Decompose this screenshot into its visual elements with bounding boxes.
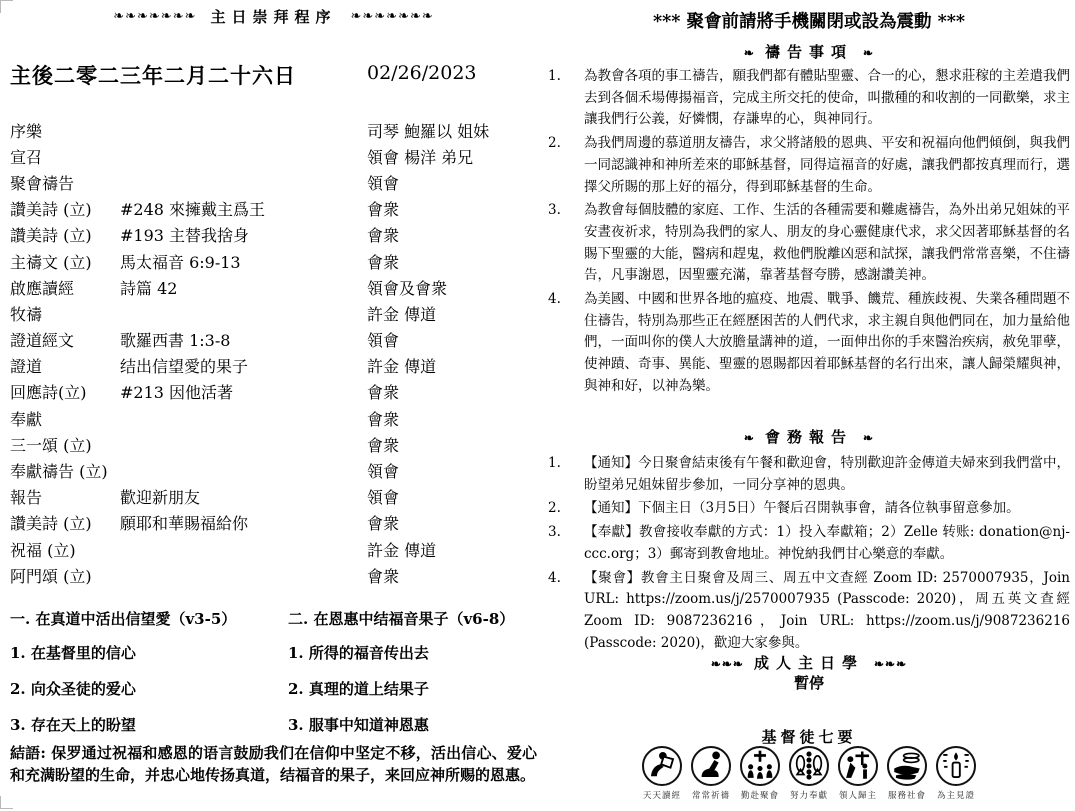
program-item-label: 報告 <box>10 485 120 508</box>
date-chinese: 主後二零二三年二月二十六日 <box>10 60 296 90</box>
program-row: 啟應讀經詩篇 42領會及會衆 <box>10 274 537 300</box>
congregation-cross-icon <box>740 746 780 786</box>
program-item-detail: #248 來擁戴主爲王 <box>120 197 367 220</box>
program-item-leader: 會衆 <box>367 197 537 220</box>
prayer-item: 4.為美國、中國和世界各地的瘟疫、地震、戰爭、饑荒、種族歧視、失業各種問題不住禱… <box>548 289 1070 398</box>
announcement-item: 2.【通知】下個主日（3月5日）午餐后召開執事會，請各位執事留意參加。 <box>548 498 1070 520</box>
prayer-item: 1.為教會各項的事工禱告，願我們都有體貼聖靈、合一的心，懇求莊稼的主差遣我們去到… <box>548 66 1070 131</box>
seven-essential-label: 服務社會 <box>888 789 926 801</box>
program-item-leader: 許金 傳道 <box>367 302 537 325</box>
list-item-text: 【通知】今日聚會結束後有午餐和歡迎會，特別歡迎許金傳道夫婦來到我們當中，盼望弟兄… <box>584 453 1070 496</box>
floral-ornament-icon: ❧❧❧❧❧❧❧ <box>351 10 434 23</box>
seven-essential-badge: 努力奉獻 <box>786 746 832 801</box>
program-item-label: 讚美詩 (立) <box>10 197 120 220</box>
program-row: 證道經文歌羅西書 1:3-8領會 <box>10 327 537 353</box>
prayer-item: 2.為我們周邊的慕道朋友禱告，求父將諸般的恩典、平安和祝福向他們傾倒，與我們一同… <box>548 133 1070 198</box>
program-item-leader: 許金 傳道 <box>367 538 537 561</box>
program-row: 證道结出信望愛的果子許金 傳道 <box>10 353 537 379</box>
outline-point: 1. 在基督里的信心 <box>10 642 288 678</box>
candle-witness-icon <box>936 746 976 786</box>
program-row: 回應詩(立)#213 因他活著會衆 <box>10 379 537 405</box>
page-title: 主日崇拜程序 <box>210 6 336 27</box>
program-item-leader: 會衆 <box>367 407 537 430</box>
phone-silence-notice: *** 聚會前請將手機關閉或設為震動 *** <box>548 8 1070 33</box>
bible-reading-icon <box>642 746 682 786</box>
floral-ornament-icon: ❧ <box>863 46 874 60</box>
program-item-label: 讚美詩 (立) <box>10 223 120 246</box>
program-row: 三一頌 (立)會衆 <box>10 431 537 457</box>
program-item-leader: 領會及會衆 <box>367 276 537 299</box>
program-item-leader: 領會 <box>367 328 537 351</box>
outline-column-title: 一. 在真道中活出信望愛（v3-5） <box>10 608 288 642</box>
list-item-text: 【聚會】教會主日聚會及周三、周五中文查經 Zoom ID: 2570007935… <box>584 568 1070 655</box>
program-row: 讚美詩 (立)#193 主替我捨身會衆 <box>10 222 537 248</box>
program-item-label: 讚美詩 (立) <box>10 511 120 534</box>
serving-hands-icon <box>887 746 927 786</box>
program-row: 奉獻禱告 (立)領會 <box>10 457 537 483</box>
sermon-conclusion: 結語: 保罗通过祝福和感恩的语言鼓励我们在信仰中坚定不移，活出信心、爱心和充满盼… <box>10 742 537 786</box>
worship-program-header: ❧❧❧❧❧❧❧ 主日崇拜程序 ❧❧❧❧❧❧❧ <box>10 6 537 27</box>
program-item-detail: #213 因他活著 <box>120 380 367 403</box>
list-item-number: 2. <box>548 133 584 198</box>
list-item-number: 3. <box>548 522 584 565</box>
announcement-item: 3.【奉獻】教會接收奉獻的方式：1）投入奉獻箱；2）Zelle 转账: dona… <box>548 522 1070 565</box>
floral-ornament-icon: ❧❧❧ <box>711 657 744 671</box>
program-item-label: 主禱文 (立) <box>10 250 120 273</box>
program-item-detail: #193 主替我捨身 <box>120 223 367 246</box>
program-item-detail: 馬太福音 6:9-13 <box>120 250 367 273</box>
list-item-text: 為教會每個肢體的家庭、工作、生活的各種需要和難處禱告，為外出弟兄姐妹的平安晝夜祈… <box>584 200 1070 287</box>
program-item-label: 祝福 (立) <box>10 538 120 561</box>
program-item-label: 啟應讀經 <box>10 276 120 299</box>
list-item-number: 2. <box>548 498 584 520</box>
seven-essential-label: 努力奉獻 <box>790 789 828 801</box>
program-row: 奉獻會衆 <box>10 405 537 431</box>
list-item-text: 為美國、中國和世界各地的瘟疫、地震、戰爭、饑荒、種族歧視、失業各種問題不住禱告，… <box>584 289 1070 398</box>
kneeling-prayer-icon <box>691 746 731 786</box>
program-row: 牧禱許金 傳道 <box>10 300 537 326</box>
announcement-section-title: 會務報告 <box>765 428 853 446</box>
announcement-section-heading: ❧會務報告❧ <box>548 426 1070 447</box>
program-item-label: 聚會禱告 <box>10 171 120 194</box>
list-item-text: 為我們周邊的慕道朋友禱告，求父將諸般的恩典、平安和祝福向他們傾倒，與我們一同認識… <box>584 133 1070 198</box>
program-item-leader: 許金 傳道 <box>367 354 537 377</box>
program-item-detail: 歡迎新朋友 <box>120 485 367 508</box>
date-numeric: 02/26/2023 <box>367 62 477 84</box>
program-item-label: 阿門頌 (立) <box>10 564 120 587</box>
adult-sunday-school-heading: ❧❧❧成人主日學❧❧❧ <box>548 652 1070 673</box>
outline-point: 2. 向众圣徒的爱心 <box>10 678 288 714</box>
prayer-section-heading: ❧禱告事項❧ <box>548 41 1070 62</box>
program-row: 主禱文 (立)馬太福音 6:9-13會衆 <box>10 248 537 274</box>
floral-ornament-icon: ❧ <box>863 431 874 445</box>
program-item-leader: 會衆 <box>367 564 537 587</box>
worship-program-page: ❧❧❧❧❧❧❧ 主日崇拜程序 ❧❧❧❧❧❧❧ 主後二零二三年二月二十六日 02/… <box>10 0 537 811</box>
program-row: 序樂司琴 鮑羅以 姐妹 <box>10 117 537 143</box>
list-item-number: 1. <box>548 453 584 496</box>
seven-essential-badge: 領人歸主 <box>835 746 881 801</box>
prayer-items-list: 1.為教會各項的事工禱告，願我們都有體貼聖靈、合一的心，懇求莊稼的主差遣我們去到… <box>548 66 1070 400</box>
seven-essential-label: 為主見證 <box>937 789 975 801</box>
program-item-label: 奉獻 <box>10 407 120 430</box>
program-item-label: 牧禱 <box>10 302 120 325</box>
program-row: 宣召領會 楊洋 弟兄 <box>10 143 537 169</box>
lead-to-cross-icon <box>838 746 878 786</box>
program-item-leader: 會衆 <box>367 433 537 456</box>
program-item-leader: 會衆 <box>367 250 537 273</box>
seven-essential-badge: 為主見證 <box>933 746 979 801</box>
announcement-item: 4.【聚會】教會主日聚會及周三、周五中文查經 Zoom ID: 25700079… <box>548 568 1070 655</box>
program-row: 讚美詩 (立)#248 來擁戴主爲王會衆 <box>10 196 537 222</box>
program-row: 祝福 (立)許金 傳道 <box>10 536 537 562</box>
outline-point: 2. 真理的道上结果子 <box>288 678 537 714</box>
program-row: 阿門頌 (立)會衆 <box>10 562 537 588</box>
outline-column-title: 二. 在恩惠中结福音果子（v6-8） <box>288 608 537 642</box>
program-row: 讚美詩 (立)願耶和華賜福給你會衆 <box>10 510 537 536</box>
program-item-label: 證道 <box>10 354 120 377</box>
seven-essential-label: 勤赴聚會 <box>741 789 779 801</box>
seven-essential-badge: 勤赴聚會 <box>737 746 783 801</box>
announcement-items-list: 1.【通知】今日聚會結束後有午餐和歡迎會，特別歡迎許金傳道夫婦來到我們當中，盼望… <box>548 453 1070 656</box>
seven-essential-badge: 服務社會 <box>884 746 930 801</box>
list-item-number: 4. <box>548 289 584 398</box>
floral-ornament-icon: ❧ <box>744 46 755 60</box>
floral-ornament-icon: ❧❧❧❧❧❧❧ <box>113 10 196 23</box>
list-item-number: 4. <box>548 568 584 655</box>
program-item-leader: 領會 <box>367 459 537 482</box>
list-item-text: 【奉獻】教會接收奉獻的方式：1）投入奉獻箱；2）Zelle 转账: donati… <box>584 522 1070 565</box>
program-item-detail: 结出信望愛的果子 <box>120 354 367 377</box>
seven-essential-badge: 常常祈禱 <box>688 746 734 801</box>
fish-offering-icon <box>789 746 829 786</box>
prayer-item: 3.為教會每個肢體的家庭、工作、生活的各種需要和難處禱告，為外出弟兄姐妹的平安晝… <box>548 200 1070 287</box>
program-item-label: 序樂 <box>10 119 120 142</box>
program-item-detail: 詩篇 42 <box>120 276 367 299</box>
seven-essential-label: 領人歸主 <box>839 789 877 801</box>
program-item-leader: 領會 楊洋 弟兄 <box>367 145 537 168</box>
announcement-item: 1.【通知】今日聚會結束後有午餐和歡迎會，特別歡迎許金傳道夫婦來到我們當中，盼望… <box>548 453 1070 496</box>
program-item-label: 奉獻禱告 (立) <box>10 459 120 482</box>
seven-essential-label: 天天讀經 <box>643 789 681 801</box>
floral-ornament-icon: ❧❧❧ <box>874 657 907 671</box>
program-item-label: 證道經文 <box>10 328 120 351</box>
list-item-text: 【通知】下個主日（3月5日）午餐后召開執事會，請各位執事留意參加。 <box>584 498 1070 520</box>
seven-essential-label: 常常祈禱 <box>692 789 730 801</box>
program-item-leader: 會衆 <box>367 380 537 403</box>
prayer-section-title: 禱告事項 <box>765 43 853 61</box>
program-item-leader: 領會 <box>367 485 537 508</box>
floral-ornament-icon: ❧ <box>744 431 755 445</box>
program-item-detail: 歌羅西書 1:3-8 <box>120 328 367 351</box>
list-item-number: 1. <box>548 66 584 131</box>
program-item-leader: 會衆 <box>367 223 537 246</box>
outline-point: 1. 所得的福音传出去 <box>288 642 537 678</box>
program-item-leader: 會衆 <box>367 511 537 534</box>
program-item-detail: 願耶和華賜福給你 <box>120 511 367 534</box>
program-row: 報告歡迎新朋友領會 <box>10 484 537 510</box>
program-item-label: 三一頌 (立) <box>10 433 120 456</box>
adult-sunday-school-status: 暫停 <box>548 672 1070 693</box>
seven-essentials-icons: 天天讀經常常祈禱勤赴聚會努力奉獻領人歸主服務社會為主見證 <box>548 746 1070 801</box>
program-item-leader: 領會 <box>367 171 537 194</box>
seven-essentials-title: 基督徒七要 <box>548 726 1070 747</box>
adult-sunday-school-title: 成人主日學 <box>754 654 864 672</box>
announcements-page: *** 聚會前請將手機關閉或設為震動 *** ❧禱告事項❧ 1.為教會各項的事工… <box>548 0 1070 811</box>
list-item-text: 為教會各項的事工禱告，願我們都有體貼聖靈、合一的心，懇求莊稼的主差遣我們去到各個… <box>584 66 1070 131</box>
program-item-label: 回應詩(立) <box>10 380 120 403</box>
program-item-label: 宣召 <box>10 145 120 168</box>
program-table: 序樂司琴 鮑羅以 姐妹宣召領會 楊洋 弟兄聚會禱告領會讚美詩 (立)#248 來… <box>10 117 537 588</box>
program-item-leader: 司琴 鮑羅以 姐妹 <box>367 119 537 142</box>
date-row: 主後二零二三年二月二十六日 02/26/2023 <box>10 60 537 90</box>
sermon-outline: 一. 在真道中活出信望愛（v3-5）二. 在恩惠中结福音果子（v6-8）1. 在… <box>10 608 537 750</box>
seven-essential-badge: 天天讀經 <box>639 746 685 801</box>
program-row: 聚會禱告領會 <box>10 169 537 195</box>
list-item-number: 3. <box>548 200 584 287</box>
